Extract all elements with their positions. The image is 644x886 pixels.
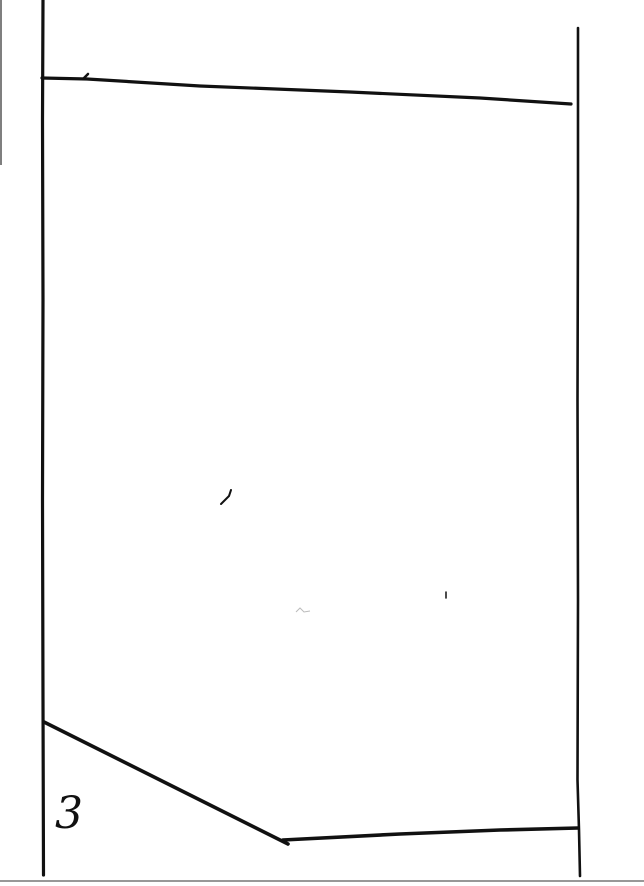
left-border-line (43, 0, 44, 875)
sketch-canvas (0, 0, 644, 886)
bottom-horizontal-edge (283, 828, 578, 840)
stray-mark (221, 490, 231, 504)
stray-mark (296, 608, 310, 612)
page-number-label: 3 (55, 792, 83, 836)
top-edge-line (42, 78, 571, 104)
right-border-line (578, 28, 581, 876)
top-edge-tick (84, 74, 88, 78)
